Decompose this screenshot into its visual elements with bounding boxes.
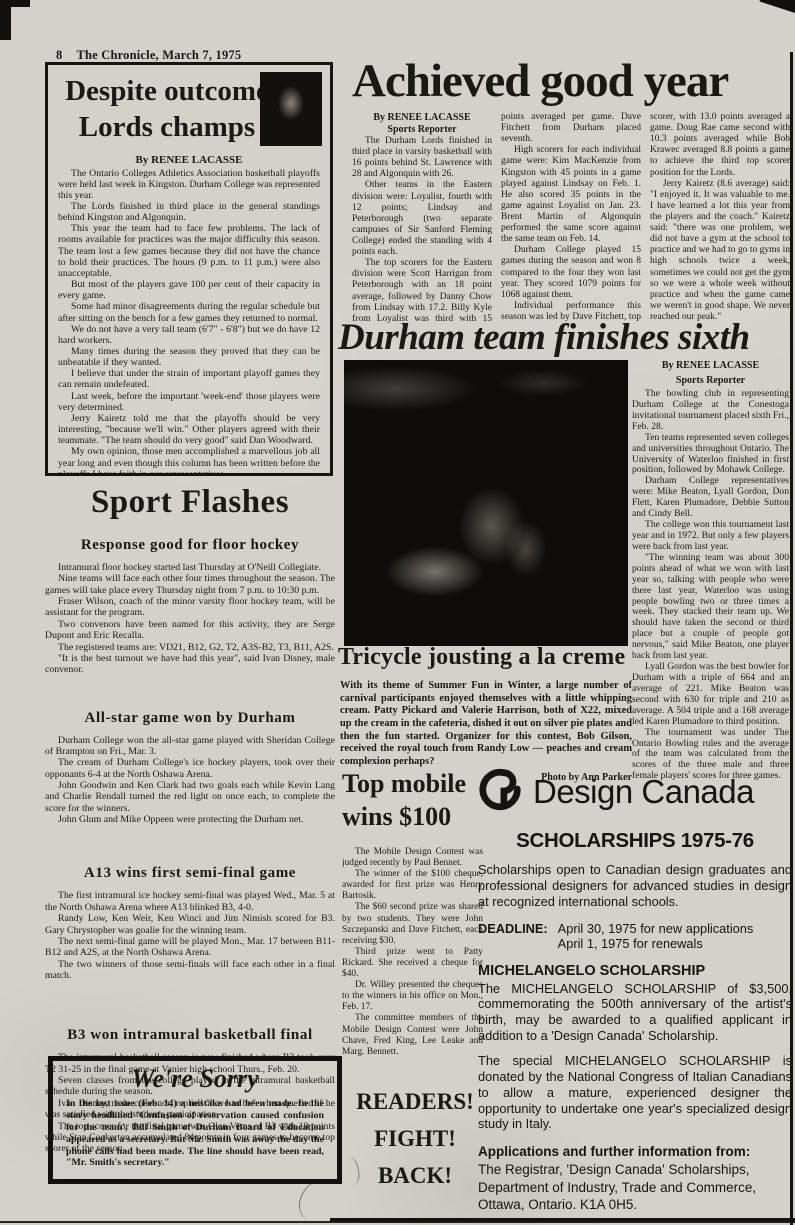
paragraph: The two winners of those semi-finals wil… [45, 959, 335, 982]
byline-role: Sports Reporter [632, 375, 789, 388]
correction-title: We're Sorry [66, 1064, 324, 1094]
paragraph: Many times during the season they proved… [58, 346, 320, 368]
title-line: wins $100 [342, 801, 483, 834]
paragraph: Two convenors have been named for this a… [45, 619, 335, 642]
michelangelo-paragraph: The special MICHELANGELO SCHOLARSHIP is … [478, 1053, 792, 1132]
paragraph: The Mobile Design Contest was judged rec… [342, 847, 483, 869]
paragraph: The first intramural ice hockey semi-fin… [45, 890, 335, 913]
masthead-title: The Chronicle, March 7, 1975 [76, 48, 241, 62]
subsection-heading: Response good for floor hockey [45, 537, 335, 554]
readers-line: BACK! [346, 1158, 484, 1195]
subsection-heading: B3 won intramural basketball final [45, 1027, 335, 1044]
scan-artifact [760, 0, 795, 14]
paragraph: Dr. Willey presented the cheques to the … [342, 980, 483, 1013]
paragraph: I believe that under the strain of impor… [58, 368, 320, 390]
caption-text: With its theme of Summer Fun in Winter, … [340, 680, 632, 767]
paragraph: Intramural floor hockey started last Thu… [45, 562, 335, 573]
article-achieved-body: By RENEE LACASSE Sports Reporter The Dur… [352, 112, 790, 326]
paragraph: Last week, before the important 'week-en… [58, 391, 320, 413]
readers-fight-back: READERS! FIGHT! BACK! [346, 1084, 484, 1194]
headline-durham-sixth: Durham team finishes sixth [338, 316, 750, 359]
page-edge [330, 1218, 795, 1222]
subsection-heading: All-star game won by Durham [45, 710, 335, 727]
paragraph: Fraser Wilson, coach of the minor varsit… [45, 596, 335, 619]
paragraph: "It is the best turnout we have had this… [45, 653, 335, 676]
caption-heading: Tricycle jousting a la creme [338, 644, 634, 671]
deadline-line: April 30, 1975 for new applications [558, 921, 754, 936]
carnival-photo [344, 360, 628, 646]
title-line: Top mobile [342, 768, 483, 801]
paragraph: The $60 second prize was shared by two s… [342, 902, 483, 946]
article-title: Top mobile wins $100 [342, 768, 483, 833]
design-canada-logo-icon [478, 766, 524, 817]
paragraph: My own opinion, those men accomplished a… [58, 446, 320, 476]
paragraph: Ten teams represented seven colleges and… [632, 433, 789, 477]
paragraph: The cream of Durham College's ice hockey… [45, 757, 335, 780]
article-title: Despite outcome Lords champs [58, 73, 276, 146]
article-lords-champs: Despite outcome Lords champs By RENEE LA… [45, 62, 333, 476]
correction-box: We're Sorry In the last issue (Feb. 14) … [48, 1056, 342, 1184]
paragraph: "The winning team was about 300 points a… [632, 553, 789, 662]
paragraph: John Goodwin and Ken Clark had two goals… [45, 780, 335, 814]
title-line: Lords champs [58, 109, 276, 145]
paragraph: The Durham Lords finished in third place… [352, 136, 492, 180]
advert-design-canada: Design Canada SCHOLARSHIPS 1975-76 Schol… [478, 766, 792, 1213]
paragraph: The college won this tournament last yea… [632, 520, 789, 553]
subsection-body: The first intramural ice hockey semi-fin… [45, 890, 335, 981]
paragraph: The committee members of the Mobile Desi… [342, 1013, 483, 1057]
section-sport-flashes: Sport Flashes Response good for floor ho… [45, 484, 335, 1155]
article-columns: The Durham Lords finished in third place… [352, 112, 790, 326]
scan-artifact [0, 0, 30, 7]
article-body: The bowling club in representing Durham … [632, 389, 789, 782]
paragraph: Durham College won the all-star game pla… [45, 735, 335, 758]
paragraph: Jerry Kairetz told me that the playoffs … [58, 413, 320, 446]
paragraph: The registered teams are: VD21, B12, G2,… [45, 642, 335, 653]
paragraph: We do not have a very tall team (6'7" - … [58, 324, 320, 346]
article-body: The Mobile Design Contest was judged rec… [342, 847, 483, 1058]
correction-body: In the last issue (Feb. 14) a mistake ha… [66, 1098, 324, 1169]
headshot-photo [260, 72, 322, 146]
paragraph: Some had minor disagreements during the … [58, 301, 320, 323]
byline-role: Sports Reporter [352, 124, 492, 136]
masthead: 8The Chronicle, March 7, 1975 [56, 48, 241, 63]
brand-name: Design Canada [533, 773, 754, 811]
subsection-body: Durham College won the all-star game pla… [45, 735, 335, 826]
article-body: The Ontario Colleges Athletics Associati… [58, 168, 320, 477]
deadline: DEADLINE: April 30, 1975 for new applica… [478, 921, 792, 951]
applications-heading: Applications and further information fro… [478, 1144, 792, 1159]
paragraph: The Lords finished in third place in the… [58, 201, 320, 223]
paragraph: The winner of the $100 cheque, awarded f… [342, 869, 483, 902]
paragraph: Third prize went to Patty Rickard. She r… [342, 947, 483, 980]
subsection-heading: A13 wins first semi-final game [45, 865, 335, 882]
page-number: 8 [56, 48, 62, 62]
paragraph: Other teams in the Eastern division were… [352, 180, 492, 258]
ad-heading: SCHOLARSHIPS 1975-76 [478, 829, 792, 853]
ad-intro: Scholarships open to Canadian design gra… [478, 862, 792, 910]
article-top-mobile: Top mobile wins $100 The Mobile Design C… [342, 768, 483, 1058]
paragraph: John Glum and Mike Oppeen were protectin… [45, 814, 335, 825]
subsection-body: Intramural floor hockey started last Thu… [45, 562, 335, 676]
paragraph: But most of the players gave 100 per cen… [58, 279, 320, 301]
paragraph: Nine teams will face each other four tim… [45, 573, 335, 596]
paragraph: High scorers for each individual game we… [501, 145, 641, 245]
byline: By RENEE LACASSE [632, 360, 789, 373]
paragraph: The Ontario Colleges Athletics Associati… [58, 168, 320, 201]
paragraph: Lyall Gordon was the best bowler for Dur… [632, 662, 789, 728]
section-title: Sport Flashes [45, 484, 335, 521]
paragraph: This year the team had to face few probl… [58, 223, 320, 279]
deadline-line: April 1, 1975 for renewals [558, 936, 754, 951]
byline: By RENEE LACASSE [352, 112, 492, 124]
paragraph: Ottawa, Ontario. K1A 0H5. [478, 1196, 792, 1213]
brand-row: Design Canada [478, 766, 792, 817]
subsection-all-star: All-star game won by Durham Durham Colle… [45, 710, 335, 826]
deadline-label: DEADLINE: [478, 921, 548, 951]
paragraph: The Registrar, 'Design Canada' Scholarsh… [478, 1161, 792, 1178]
headline-achieved-good-year: Achieved good year [352, 54, 728, 108]
michelangelo-paragraph: The MICHELANGELO SCHOLARSHIP of $3,500, … [478, 981, 792, 1044]
title-line: Despite outcome [58, 73, 276, 109]
article-bowling-body: By RENEE LACASSE Sports Reporter The bow… [632, 360, 789, 832]
byline: By RENEE LACASSE [58, 154, 320, 166]
applications-address: The Registrar, 'Design Canada' Scholarsh… [478, 1161, 792, 1213]
deadline-dates: April 30, 1975 for new applications Apri… [558, 921, 754, 951]
subsection-floor-hockey: Response good for floor hockey Intramura… [45, 537, 335, 676]
paragraph: Durham College played 15 games during th… [501, 245, 641, 301]
paragraph: Durham College representatives were: Mik… [632, 476, 789, 520]
paragraph: Randy Low, Ken Weir, Ken Winci and Jim N… [45, 913, 335, 936]
subsection-semi-final: A13 wins first semi-final game The first… [45, 865, 335, 981]
paragraph: Jerry Kairetz (8.6 average) said: "I enj… [650, 179, 790, 323]
paragraph: The next semi-final game will be played … [45, 936, 335, 959]
michelangelo-heading: MICHELANGELO SCHOLARSHIP [478, 963, 792, 979]
paragraph: Department of Industry, Trade and Commer… [478, 1179, 792, 1196]
paragraph: The bowling club in representing Durham … [632, 389, 789, 433]
readers-line: READERS! [346, 1084, 484, 1121]
readers-line: FIGHT! [346, 1121, 484, 1158]
